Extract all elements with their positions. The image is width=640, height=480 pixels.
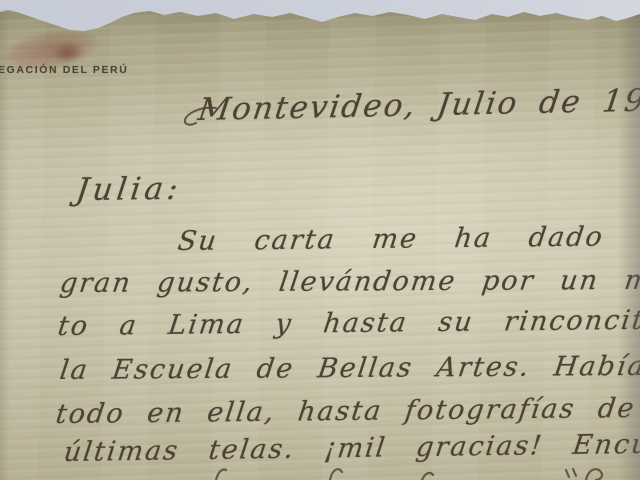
handwritten-line: la Escuela de Bellas Artes. Había de: [58, 350, 640, 386]
handwritten-line: Su carta me ha dado un: [176, 221, 640, 257]
partial-line-strokes: [170, 462, 640, 480]
handwritten-line: todo en ella, hasta fotografías de sus: [54, 392, 640, 430]
right-edge-shading: [618, 0, 640, 480]
salutation: Julia:: [74, 171, 184, 208]
left-edge-shading: [0, 0, 10, 480]
letter-paper: EGACIÓN DEL PERÚ Montevideo, Julio de 19…: [0, 0, 640, 480]
handwritten-line: to a Lima y hasta su rinconcito de: [56, 304, 640, 342]
handwritten-line: gran gusto, llevándome por un momen: [58, 264, 640, 299]
letter-photograph: EGACIÓN DEL PERÚ Montevideo, Julio de 19…: [0, 0, 640, 480]
letterhead-text: EGACIÓN DEL PERÚ: [0, 64, 128, 76]
